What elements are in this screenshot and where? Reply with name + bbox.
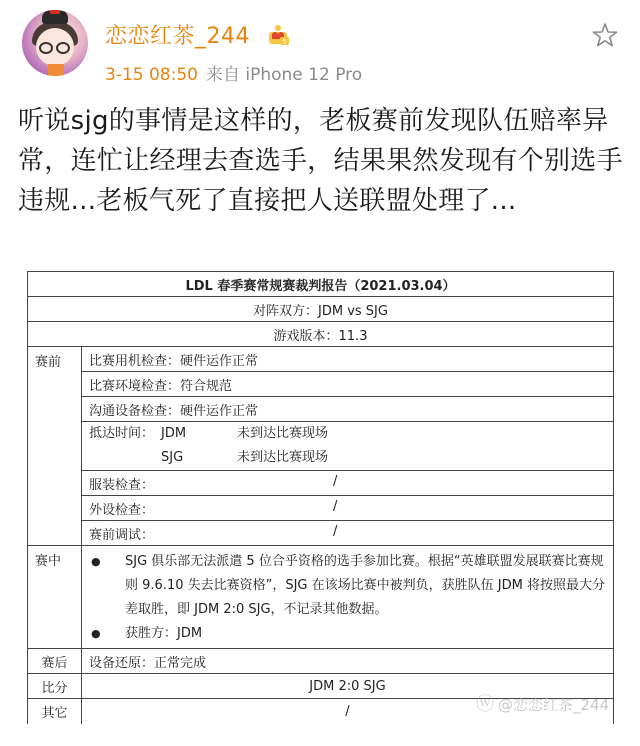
post-match-label: 赛后 [28,649,82,674]
avatar-glasses [39,42,71,54]
pre-item: 沟通设备检查：硬件运作正常 [82,397,614,422]
other-label: 其它 [28,699,82,724]
arrival-cell: 抵达时间：JDM未到达比赛现场 SJG未到达比赛现场 [82,422,614,471]
referee-report-image[interactable]: LDL 春季赛常规赛裁判报告（2021.03.04） 对阵双方：JDM vs S… [27,271,614,746]
weibo-logo-icon: ⓦ [476,694,494,715]
report-table: LDL 春季赛常规赛裁判报告（2021.03.04） 对阵双方：JDM vs S… [27,271,614,724]
pre-item: 比赛用机检查：硬件运作正常 [82,347,614,372]
pre-item: 比赛环境检查：符合规范 [82,372,614,397]
mid-match-label: 赛中 [28,546,82,649]
check-key: 外设检查： [89,499,239,518]
crown-badge-icon[interactable]: 5 [266,24,290,46]
mid-bullet: SJG 俱乐部无法派遣 5 位合乎资格的选手参加比赛。根据“英雄联盟发展联赛比赛… [89,550,606,622]
check-value: / [239,474,606,493]
report-version: 游戏版本：11.3 [28,322,614,347]
avatar[interactable] [22,10,88,76]
post-time: 3-15 08:50 [105,65,198,85]
check-row: 服装检查：/ [82,471,614,496]
avatar-bow [50,10,60,14]
mid-bullet: 获胜方：JDM [89,622,606,646]
check-row: 赛前调试：/ [82,521,614,546]
arrival-team: JDM [161,422,237,446]
check-key: 服装检查： [89,474,239,493]
check-key: 赛前调试： [89,524,239,543]
post-header: 恋恋红茶_244 5 3-15 08:50来自 iPhone 12 Pro [0,0,640,95]
score-label: 比分 [28,674,82,699]
arrival-status: 未到达比赛现场 [237,446,328,470]
report-teams: 对阵双方：JDM vs SJG [28,297,614,322]
arrival-status: 未到达比赛现场 [237,422,328,446]
check-value: / [239,524,606,543]
report-title: LDL 春季赛常规赛裁判报告（2021.03.04） [28,272,614,297]
arrival-label: 抵达时间： [89,422,161,446]
check-value: / [239,499,606,518]
arrival-team: SJG [161,446,237,470]
username[interactable]: 恋恋红茶_244 [105,19,250,50]
post-text: 听说sjg的事情是这样的，老板赛前发现队伍赔率异常，连忙让经理去查选手，结果果然… [18,101,628,221]
post-source: 来自 iPhone 12 Pro [206,65,362,85]
post-match-value: 设备还原：正常完成 [82,649,614,674]
pre-match-label: 赛前 [28,347,82,546]
check-row: 外设检查：/ [82,496,614,521]
post-meta: 3-15 08:50来自 iPhone 12 Pro [105,60,362,85]
weibo-watermark: ⓦ@恋恋红茶_244 [476,690,609,716]
star-icon[interactable] [592,22,618,48]
avatar-shirt [48,64,64,76]
svg-text:5: 5 [283,39,287,46]
watermark-text: @恋恋红茶_244 [498,696,609,714]
mid-match-cell: SJG 俱乐部无法派遣 5 位合乎资格的选手参加比赛。根据“英雄联盟发展联赛比赛… [82,546,614,649]
